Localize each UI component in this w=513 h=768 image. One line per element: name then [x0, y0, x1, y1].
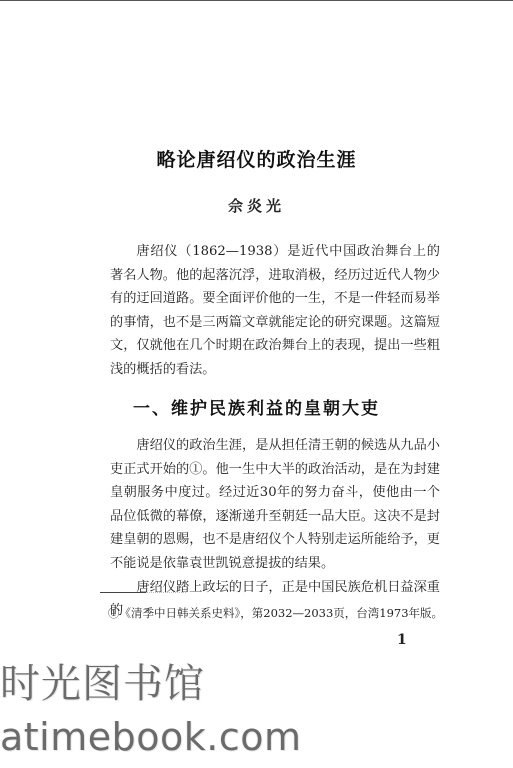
page-number: 1 — [397, 632, 407, 648]
watermark-url: atimebook.com — [0, 712, 302, 762]
section-body: 唐绍仪的政治生涯，是从担任清王朝的候选从九品小吏正式开始的①。他一生中大半的政治… — [110, 434, 440, 623]
top-border-rule — [0, 0, 513, 1]
article-title: 略论唐绍仪的政治生涯 — [0, 145, 513, 172]
watermark-site-name: 时光图书馆 — [0, 660, 205, 708]
intro-paragraph: 唐绍仪（1862—1938）是近代中国政治舞台上的著名人物。他的起落沉浮，进取消… — [110, 240, 440, 382]
footnote-divider-trail — [146, 592, 186, 594]
section-paragraph: 唐绍仪的政治生涯，是从担任清王朝的候选从九品小吏正式开始的①。他一生中大半的政治… — [110, 434, 440, 576]
article-author: 佘炎光 — [0, 195, 513, 216]
section-heading: 一、维护民族利益的皇朝大吏 — [0, 394, 513, 419]
footnote-divider — [100, 592, 146, 593]
footnote: ①《清季中日韩关系史料》，第2032—2033页，台湾1973年版。 — [108, 605, 468, 621]
intro-section: 唐绍仪（1862—1938）是近代中国政治舞台上的著名人物。他的起落沉浮，进取消… — [110, 240, 440, 382]
